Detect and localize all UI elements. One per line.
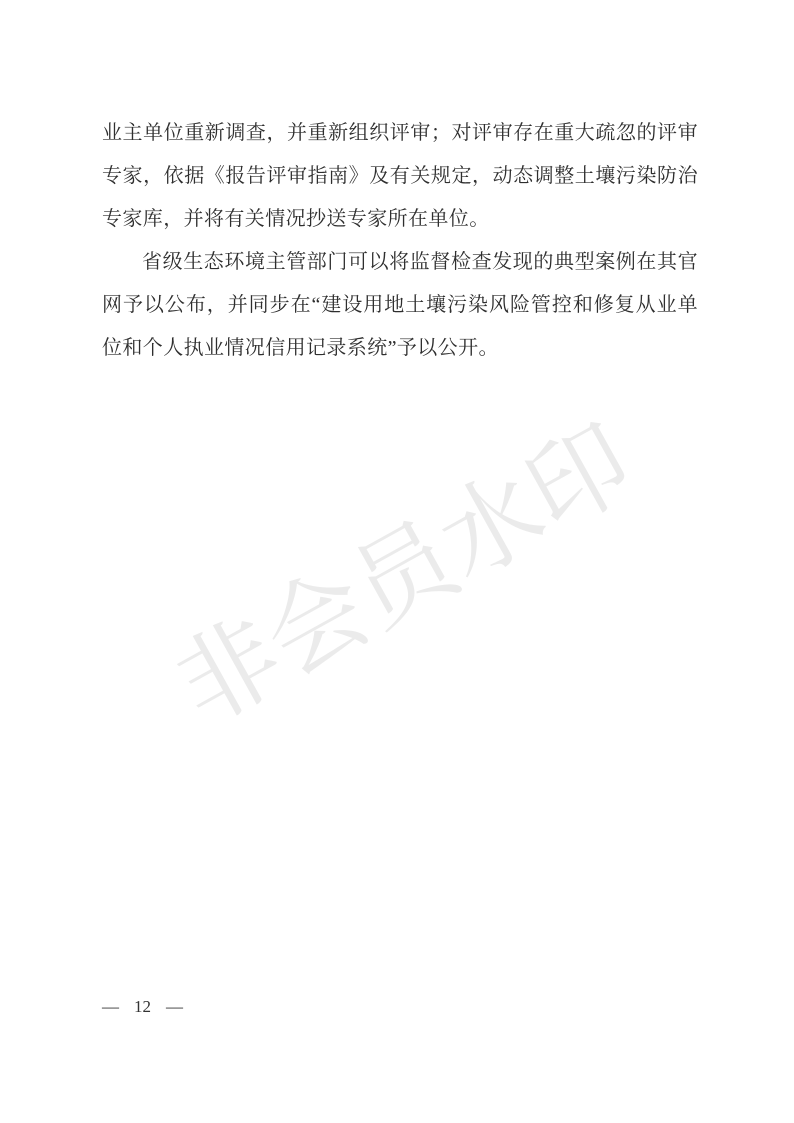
document-page: 非会员水印 业主单位重新调查，并重新组织评审；对评审存在重大疏忽的评审专家，依据… bbox=[0, 0, 794, 1123]
paragraph-1: 业主单位重新调查，并重新组织评审；对评审存在重大疏忽的评审专家，依据《报告评审指… bbox=[102, 112, 698, 241]
footer-page-number: 12 bbox=[134, 998, 151, 1015]
body-text: 业主单位重新调查，并重新组织评审；对评审存在重大疏忽的评审专家，依据《报告评审指… bbox=[102, 112, 698, 370]
paragraph-2: 省级生态环境主管部门可以将监督检查发现的典型案例在其官网予以公布，并同步在“建设… bbox=[102, 241, 698, 370]
footer-right-dash: — bbox=[166, 998, 183, 1015]
page-footer: — 12 — bbox=[102, 998, 183, 1015]
watermark-text: 非会员水印 bbox=[146, 383, 653, 751]
footer-left-dash: — bbox=[102, 998, 119, 1015]
